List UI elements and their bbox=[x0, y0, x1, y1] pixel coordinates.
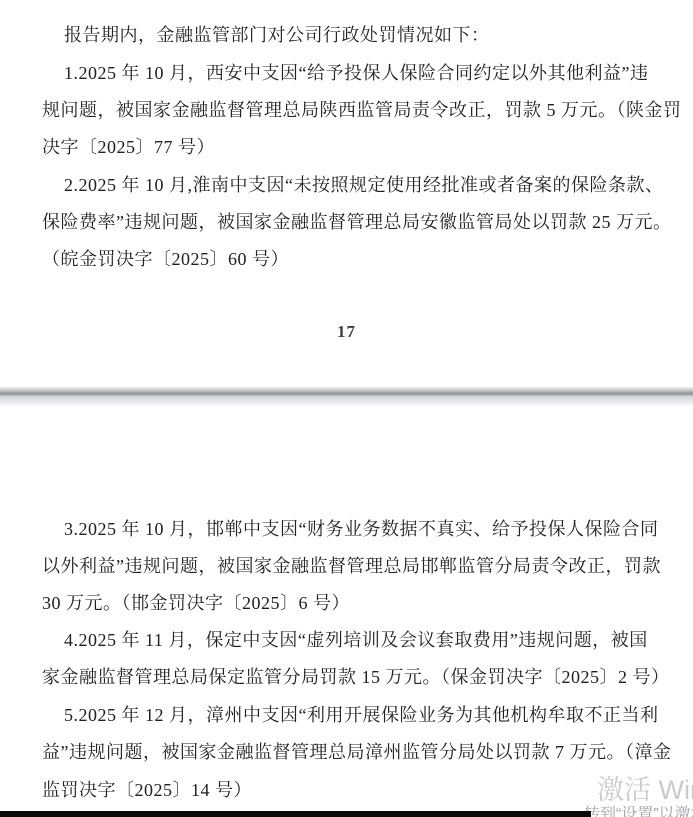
doc-line: 3.2025 年 10 月，邯郸中支因“财务业务数据不真实、给予投保人保险合同 bbox=[64, 516, 659, 543]
doc-line: （皖金罚决字〔2025〕60 号） bbox=[42, 246, 289, 273]
doc-line: 规问题，被国家金融监督管理总局陕西监管局责令改正，罚款 5 万元。（陕金罚 bbox=[42, 97, 682, 124]
doc-line: 2.2025 年 10 月,淮南中支因“未按照规定使用经批准或者备案的保险条款、 bbox=[64, 172, 664, 199]
doc-line: 家金融监督管理总局保定监管分局罚款 15 万元。（保金罚决字〔2025〕2 号） bbox=[42, 664, 670, 691]
page-separator bbox=[0, 386, 693, 407]
doc-line: 以外利益”违规问题，被国家金融监督管理总局邯郸监管分局责令改正，罚款 bbox=[42, 553, 661, 580]
doc-line: 1.2025 年 10 月，西安中支因“给予投保人保险合同约定以外其他利益”违 bbox=[64, 60, 648, 87]
doc-line: 30 万元。（邯金罚决字〔2025〕6 号） bbox=[42, 590, 350, 617]
doc-line: 监罚决字〔2025〕14 号） bbox=[42, 777, 252, 804]
bottom-black-bar bbox=[0, 811, 591, 817]
doc-line: 4.2025 年 11 月，保定中支因“虚列培训及会议套取费用”违规问题，被国 bbox=[64, 627, 648, 654]
page-number: 17 bbox=[0, 322, 693, 342]
doc-line: 决字〔2025〕77 号） bbox=[42, 134, 215, 161]
doc-line: 报告期内，金融监管部门对公司行政处罚情况如下： bbox=[64, 22, 490, 49]
watermark-settings-text: 转到“设置”以激活 bbox=[584, 801, 693, 817]
doc-line: 5.2025 年 12 月，漳州中支因“利用开展保险业务为其他机构牟取不正当利 bbox=[64, 702, 659, 729]
document-viewer: 报告期内，金融监管部门对公司行政处罚情况如下： 1.2025 年 10 月，西安… bbox=[0, 0, 693, 817]
doc-line: 保险费率”违规问题，被国家金融监督管理总局安徽监管局处以罚款 25 万元。 bbox=[42, 209, 672, 236]
doc-line: 益”违规问题，被国家金融监督管理总局漳州监管分局处以罚款 7 万元。（漳金 bbox=[42, 739, 672, 766]
